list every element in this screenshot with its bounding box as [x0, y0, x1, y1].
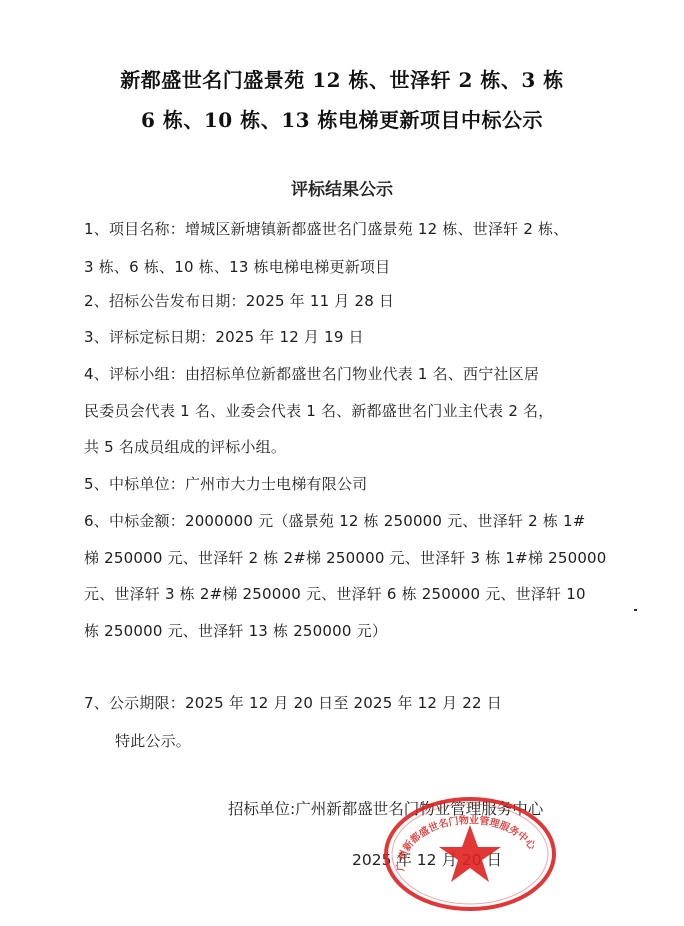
- section-heading: 评标结果公示: [0, 175, 684, 200]
- item-1-project-name: 1、项目名称：增城区新塘镇新都盛世名门盛景苑 12 栋、世泽轩 2 栋、: [84, 218, 568, 239]
- item-2-announcement-date: 2、招标公告发布日期：2025 年 11 月 28 日: [84, 290, 394, 311]
- item-5-winning-bidder: 5、中标单位：广州市大力士电梯有限公司: [84, 473, 367, 494]
- item-6-winning-amount-cont: 梯 250000 元、世泽轩 2 栋 2#梯 250000 元、世泽轩 3 栋 …: [84, 547, 607, 568]
- item-6-winning-amount-cont2: 元、世泽轩 3 栋 2#梯 250000 元、世泽轩 6 栋 250000 元、…: [84, 583, 586, 604]
- document-title-line-2: 6 栋、10 栋、13 栋电梯更新项目中标公示: [0, 104, 684, 133]
- item-4-evaluation-panel: 4、评标小组：由招标单位新都盛世名门物业代表 1 名、西宁社区居: [84, 363, 539, 384]
- item-4-evaluation-panel-cont2: 共 5 名成员组成的评标小组。: [84, 436, 286, 457]
- document-title-line-1: 新都盛世名门盛景苑 12 栋、世泽轩 2 栋、3 栋: [0, 64, 684, 93]
- item-7-publicity-period: 7、公示期限：2025 年 12 月 20 日至 2025 年 12 月 22 …: [84, 692, 502, 713]
- scan-speck: [634, 609, 637, 611]
- item-6-winning-amount: 6、中标金额：2000000 元（盛景苑 12 栋 250000 元、世泽轩 2…: [84, 510, 586, 531]
- closing-statement: 特此公示。: [115, 730, 191, 751]
- signing-date: 2025 年 12 月 20 日: [352, 848, 502, 870]
- item-6-winning-amount-cont3: 栋 250000 元、世泽轩 13 栋 250000 元）: [84, 620, 387, 641]
- signing-organization: 招标单位:广州新都盛世名门物业管理服务中心: [228, 797, 543, 819]
- item-4-evaluation-panel-cont: 民委员会代表 1 名、业委会代表 1 名、新都盛世名门业主代表 2 名，: [84, 400, 553, 421]
- item-3-evaluation-date: 3、评标定标日期：2025 年 12 月 19 日: [84, 326, 364, 347]
- item-1-project-name-cont: 3 栋、6 栋、10 栋、13 栋电梯电梯更新项目: [84, 256, 390, 277]
